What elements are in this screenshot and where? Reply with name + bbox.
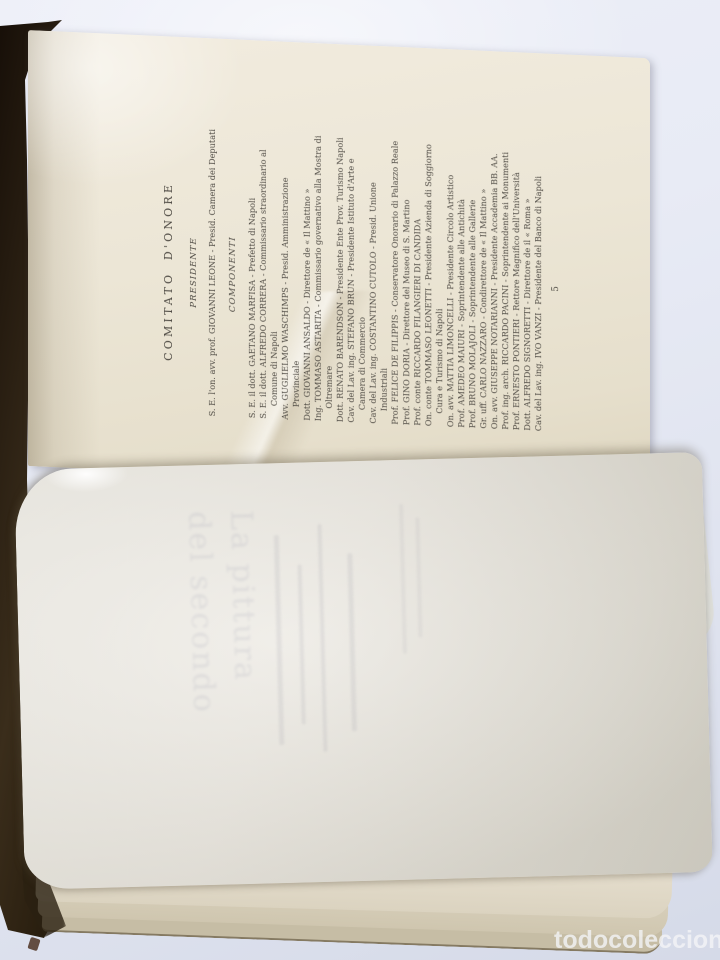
committee-text-block: COMITATO D'ONORE PRESIDENTE S. E. l'on. … <box>162 128 542 447</box>
ghost-showthrough-text: La pittura del secondo <box>147 509 273 812</box>
committee-member: On. conte TOMMASO LEONETTI - Presidente … <box>423 140 445 427</box>
book-photo: COMITATO D'ONORE PRESIDENTE S. E. l'on. … <box>0 0 720 960</box>
committee-member: Gr. uff. CARLO NAZZARO - Condirettore de… <box>478 142 489 428</box>
cover-corner <box>27 937 40 952</box>
committee-member: Ing. TOMMASO ASTARITA - Commissario gove… <box>313 135 335 422</box>
committee-member: Dott. ALFREDO SIGNORETTI - Direttore de … <box>522 144 533 430</box>
committee-member: Avv. GUGLIELMO WASCHIMPS - Presid. Ammin… <box>280 133 302 420</box>
ghost-text-bar <box>298 565 306 725</box>
committee-member: On. avv. MATTIA LIMONCELLI - Presidente … <box>445 141 456 427</box>
committee-member: Dott. RENATO BARENDSON - Presidente Ente… <box>335 136 346 422</box>
committee-member: Prof. AMEDEO MAIURI - Soprintendente all… <box>456 141 467 427</box>
ghost-text-line: La pittura <box>223 510 266 811</box>
ghost-text-bar <box>274 535 284 745</box>
committee-list: S. E. il dott. GAETANO MARFISA - Prefett… <box>247 132 544 431</box>
committee-member: S. E. il dott. ALFREDO CORRERA - Commiss… <box>258 132 280 419</box>
committee-member: Cav. del Lav. ing. IVO VANZI - President… <box>533 145 544 431</box>
ghost-text-bar <box>347 553 357 731</box>
presidente-heading: PRESIDENTE <box>189 129 199 415</box>
committee-member: Dott. GIOVANNI ANSALDO - Direttore de « … <box>302 134 313 420</box>
committee-member: Prof. ERNESTO PONTIERI - Rettore Magnifi… <box>511 144 522 430</box>
watermark: todocoleccion <box>554 926 720 955</box>
ghost-text-bar <box>399 504 407 654</box>
committee-member: Prof. BRUNO MOLAJOLI - Soprintendente al… <box>467 142 478 428</box>
ghost-text-bar <box>318 524 328 752</box>
ghost-text-line: del secondo <box>181 511 224 812</box>
committee-member: Cav. del Lav. ing. STEFANO BRUN - Presid… <box>346 136 368 423</box>
committee-member: Cav. del Lav. ing. COSTANTINO CUTOLO - P… <box>368 137 390 424</box>
committee-member: Prof. ing. arch. RICCARDO PACINI - Sopri… <box>500 143 511 429</box>
committee-member: S. E. il dott. GAETANO MARFISA - Prefett… <box>247 132 258 418</box>
committee-member: Prof. GINO DORIA - Direttore del Museo d… <box>401 139 412 425</box>
blank-overlay-page: La pittura del secondo <box>14 452 713 890</box>
ghost-text-bar <box>415 517 422 637</box>
page-title: COMITATO D'ONORE <box>162 128 175 415</box>
committee-member: On. avv. GIUSEPPE NOTARIANNI - President… <box>489 143 500 429</box>
presidente-entry: S. E. l'on. avv. prof. GIOVANNI LEONE - … <box>207 130 217 416</box>
committee-member: Prof. conte RICCARDO FILANGIERI DI CANDI… <box>412 139 423 425</box>
componenti-heading: COMPONENTI <box>228 131 238 417</box>
committee-member: Prof. FELICE DE FILIPPIS - Conservatore … <box>390 138 401 424</box>
printed-page: COMITATO D'ONORE PRESIDENTE S. E. l'on. … <box>28 30 650 494</box>
page-number: 5 <box>551 146 561 432</box>
